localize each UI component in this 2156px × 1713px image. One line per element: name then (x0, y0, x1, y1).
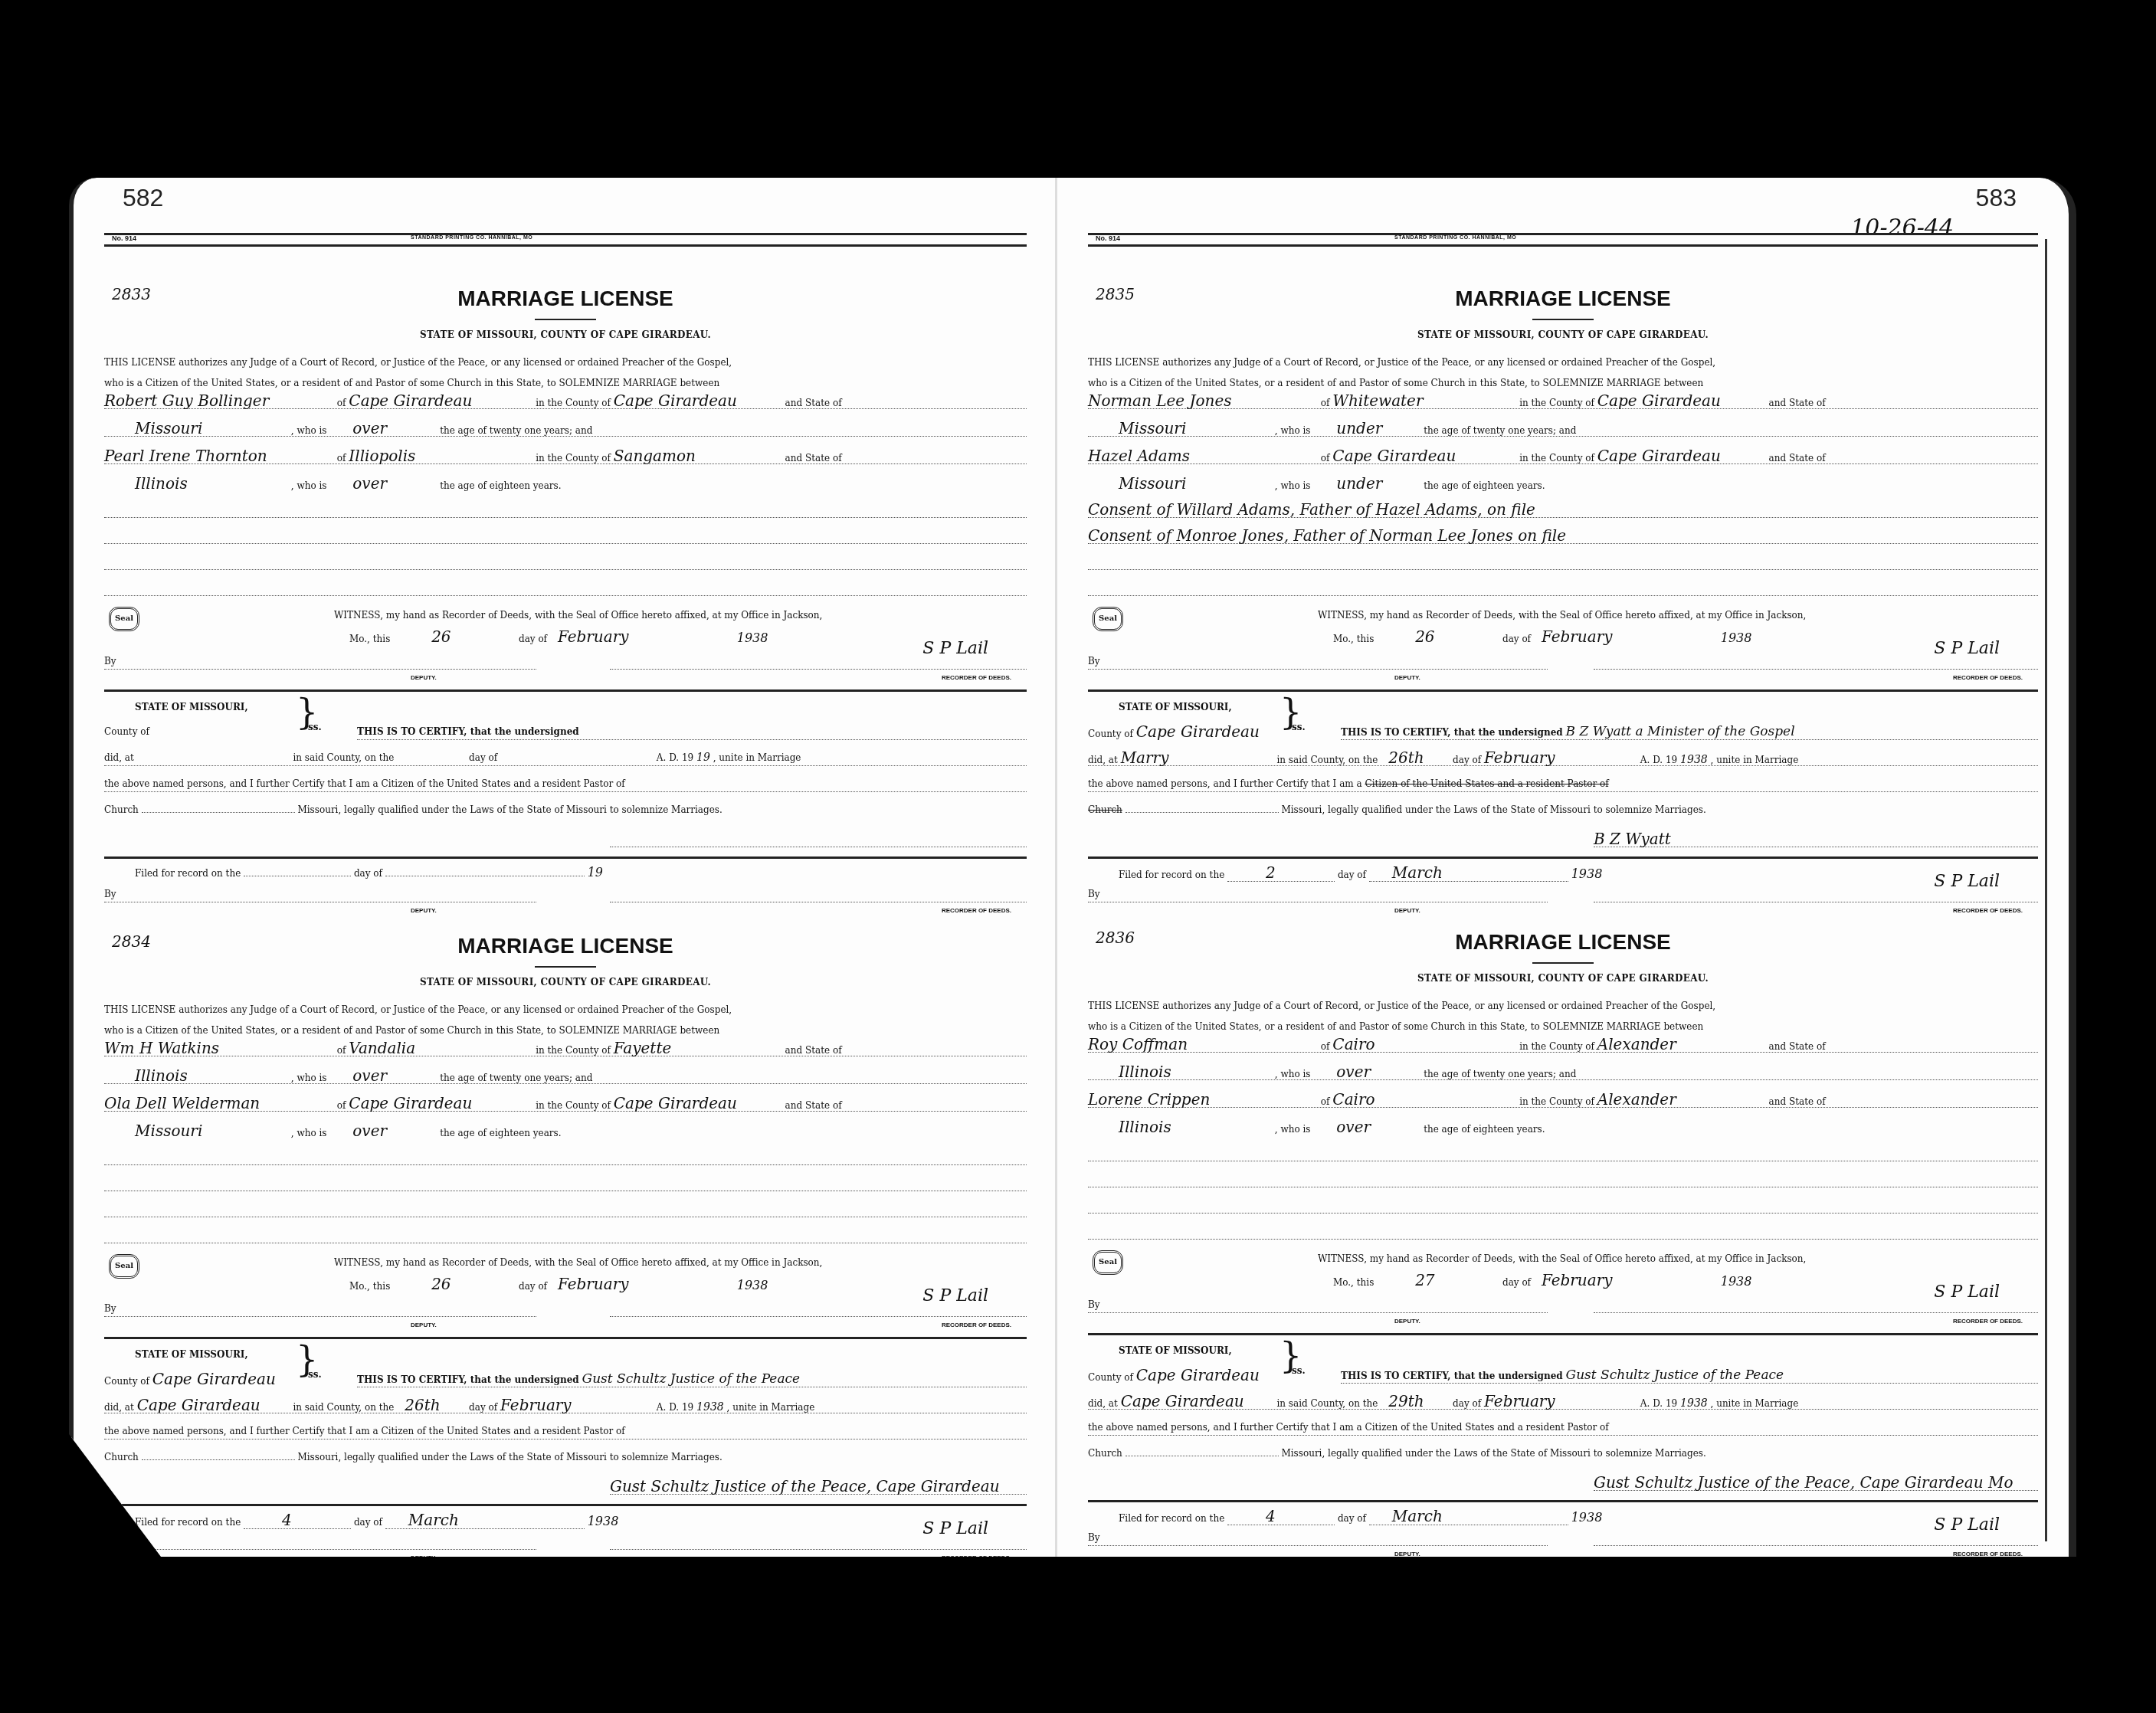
witness-line: WITNESS, my hand as Recorder of Deeds, w… (334, 607, 1027, 624)
bride-state: Missouri (1088, 475, 1272, 492)
further-certify-line: the above named persons, and I further C… (104, 775, 1027, 792)
note-line-2 (1088, 1171, 2038, 1187)
filed-year: 1938 (1571, 866, 1603, 883)
form-number: No. 914 (1096, 234, 1120, 242)
filed-signature: S P Lail (1934, 1515, 2000, 1534)
bride-line: Lorene Crippen of Cairo in the County of… (1088, 1091, 2038, 1108)
recorder-label: RECORDER OF DEEDS. (942, 1554, 1011, 1561)
witness-day: 26 (393, 1276, 516, 1292)
filed-deputy-line: By (1088, 886, 1548, 902)
groom-county: Cape Girardeau (1597, 392, 1766, 409)
section-rule (1088, 1333, 2038, 1335)
church-line: Church Missouri, legally qualified under… (1088, 801, 2038, 818)
filed-day: 4 (244, 1512, 351, 1529)
witness-year: 1938 (1721, 1273, 1752, 1290)
bride-state: Illinois (104, 475, 288, 492)
deputy-line: By (104, 1300, 536, 1317)
recorder-label: RECORDER OF DEEDS. (942, 907, 1011, 914)
recorder-label: RECORDER OF DEEDS. (1953, 1318, 2023, 1325)
groom-age: over (329, 420, 437, 437)
witness-year: 1938 (737, 1277, 768, 1294)
officiant-signature-line (610, 830, 1027, 847)
authorization-line-1: THIS LICENSE authorizes any Judge of a C… (1088, 997, 2038, 1014)
state-of-missouri-label: STATE OF MISSOURI, (135, 699, 1027, 716)
section-rule (104, 1504, 1027, 1506)
filed-month (385, 876, 585, 876)
further-certify-line: the above named persons, and I further C… (1088, 775, 2038, 792)
section-rule (104, 856, 1027, 859)
deputy-label: DEPUTY. (411, 907, 437, 914)
recorder-label: RECORDER OF DEEDS. (1953, 907, 2023, 914)
deputy-line: By (1088, 1296, 1548, 1313)
seal-icon: Seal (109, 607, 139, 631)
ornament-divider (535, 319, 596, 320)
further-certify-line: the above named persons, and I further C… (1088, 1419, 2038, 1436)
cert-county-line: County of Cape Girardeau (1088, 723, 1272, 740)
bride-residence: Cape Girardeau (349, 1095, 532, 1112)
officiant-signature: Gust Schultz Justice of the Peace, Cape … (610, 1478, 1000, 1495)
groom-state-line: Missouri , who is under the age of twent… (1088, 420, 2038, 437)
filed-deputy-line: By (104, 1533, 536, 1550)
church-label: Church (1088, 804, 1122, 815)
witness-year: 1938 (737, 630, 768, 647)
filed-day: 2 (1227, 864, 1335, 882)
groom-state: Missouri (104, 420, 288, 437)
groom-state: Missouri (1088, 420, 1272, 437)
section-rule (1088, 689, 2038, 692)
ceremony-line: did, at Cape Girardeau in said County, o… (1088, 1393, 2038, 1410)
groom-county: Fayette (614, 1040, 782, 1056)
church-label: Church (104, 804, 139, 815)
groom-line: Roy Coffman of Cairo in the County of Al… (1088, 1036, 2038, 1053)
bride-residence: Cape Girardeau (1332, 447, 1516, 464)
pastor-clause: Citizen of the United States and a resid… (381, 1426, 624, 1436)
license-2835: 2835 MARRIAGE LICENSE STATE OF MISSOURI,… (1088, 285, 2038, 898)
note-line-4 (1088, 1223, 2038, 1240)
ceremony-month: February (500, 1397, 654, 1413)
authorization-line-2: who is a Citizen of the United States, o… (104, 1022, 1027, 1039)
ceremony-year: 1938 (696, 1399, 724, 1416)
deputy-line: By (1088, 653, 1548, 670)
witness-day: 27 (1377, 1272, 1499, 1289)
filed-line: Filed for record on the 4 day of March 1… (135, 1512, 1027, 1528)
ceremony-line: did, at in said County, on the day of A.… (104, 749, 1027, 766)
cert-county-line: County of Cape Girardeau (1088, 1367, 1272, 1384)
witness-line: WITNESS, my hand as Recorder of Deeds, w… (334, 1254, 1027, 1271)
groom-name: Norman Lee Jones (1088, 392, 1318, 409)
ornament-divider (1532, 319, 1594, 320)
witness-date-line: Mo., this 27 day of February 1938 (1333, 1272, 2038, 1289)
bride-residence: Illiopolis (349, 447, 532, 464)
ceremony-line: did, at Cape Girardeau in said County, o… (104, 1397, 1027, 1413)
officiant-signature-line: Gust Schultz Justice of the Peace, Cape … (610, 1478, 1027, 1495)
seal-icon: Seal (109, 1254, 139, 1279)
groom-name: Roy Coffman (1088, 1036, 1318, 1053)
filed-signature: S P Lail (1934, 872, 2000, 891)
church-line: Church Missouri, legally qualified under… (104, 801, 1027, 818)
note-line-4 (1088, 579, 2038, 596)
bride-state-line: Illinois , who is over the age of eighte… (104, 475, 1027, 492)
filed-year: 1938 (588, 1513, 619, 1530)
note-line-4 (104, 1227, 1027, 1243)
witness-day: 26 (393, 628, 516, 645)
section-rule (104, 689, 1027, 692)
license-title: MARRIAGE LICENSE (1088, 287, 2038, 311)
license-2833: 2833 MARRIAGE LICENSE STATE OF MISSOURI,… (104, 285, 1027, 898)
authorization-line-1: THIS LICENSE authorizes any Judge of a C… (104, 1001, 1027, 1018)
certify-line: THIS IS TO CERTIFY, that the undersigned… (357, 1371, 1027, 1387)
state-of-missouri-label: STATE OF MISSOURI, (135, 1346, 1027, 1363)
groom-state: Illinois (104, 1067, 288, 1084)
authorization-line-2: who is a Citizen of the United States, o… (104, 375, 1027, 391)
officiant: Gust Schultz Justice of the Peace (1566, 1367, 1784, 1384)
filed-year: 1938 (1571, 1509, 1603, 1526)
filed-month: March (1369, 1508, 1568, 1525)
witness-date-line: Mo., this 26 day of February 1938 (1333, 628, 2038, 645)
deputy-label: DEPUTY. (1394, 1318, 1420, 1325)
bride-state-line: Illinois , who is over the age of eighte… (1088, 1119, 2038, 1135)
church-label: Church (1088, 1448, 1122, 1459)
authorization-line-1: THIS LICENSE authorizes any Judge of a C… (104, 354, 1027, 371)
license-2836: 2836 MARRIAGE LICENSE STATE OF MISSOURI,… (1088, 929, 2038, 1541)
note-line-1: Consent of Willard Adams, Father of Haze… (1088, 501, 2038, 518)
bride-county: Alexander (1597, 1091, 1766, 1108)
filed-day (244, 876, 351, 876)
note-line-3 (104, 553, 1027, 570)
bride-age: over (329, 1122, 437, 1139)
ceremony-day: 26th (397, 1397, 466, 1413)
filed-year: 19 (588, 864, 603, 881)
groom-line: Wm H Watkins of Vandalia in the County o… (104, 1040, 1027, 1056)
filed-month: March (1369, 864, 1568, 882)
printer-imprint: STANDARD PRINTING CO. HANNIBAL, MO (411, 235, 532, 241)
page-right: 583 10-26-44 No. 914 STANDARD PRINTING C… (1057, 178, 2076, 1557)
bride-age: over (329, 475, 437, 492)
header-band (1088, 233, 2038, 247)
witness-year: 1938 (1721, 630, 1752, 647)
authorization-line-1: THIS LICENSE authorizes any Judge of a C… (1088, 354, 2038, 371)
seal-icon: Seal (1093, 1250, 1123, 1275)
deputy-label: DEPUTY. (1394, 674, 1420, 681)
certify-line: THIS IS TO CERTIFY, that the undersigned… (1341, 1367, 2038, 1384)
license-subtitle: STATE OF MISSOURI, COUNTY OF CAPE GIRARD… (104, 977, 1027, 988)
filed-line: Filed for record on the day of 19 (135, 864, 1027, 881)
filed-recorder-line (610, 886, 1027, 902)
groom-age: under (1313, 420, 1420, 437)
pastor-clause: Citizen of the United States and a resid… (381, 778, 624, 789)
ceremony-year: 1938 (1680, 1395, 1708, 1412)
bride-state-line: Missouri , who is under the age of eight… (1088, 475, 2038, 492)
bride-name: Pearl Irene Thornton (104, 447, 334, 464)
note-line-3 (104, 1200, 1027, 1217)
section-rule (1088, 1500, 2038, 1502)
groom-line: Robert Guy Bollinger of Cape Girardeau i… (104, 392, 1027, 409)
bride-county: Sangamon (614, 447, 782, 464)
cert-county-line: County of (104, 723, 288, 740)
certify-line: THIS IS TO CERTIFY, that the undersigned… (1341, 723, 2038, 740)
officiant-signature-line: Gust Schultz Justice of the Peace, Cape … (1594, 1474, 2038, 1491)
cert-county: Cape Girardeau (1136, 723, 1260, 740)
header-band (104, 233, 1027, 247)
recorder-signature: S P Lail (1934, 639, 2000, 658)
officiant-signature: Gust Schultz Justice of the Peace, Cape … (1594, 1474, 2013, 1491)
groom-residence: Whitewater (1332, 392, 1516, 409)
bride-county: Cape Girardeau (614, 1095, 782, 1112)
witness-month: February (1534, 628, 1718, 645)
church-line: Church Missouri, legally qualified under… (1088, 1445, 2038, 1462)
officiant: B Z Wyatt a Minister of the Gospel (1566, 723, 1795, 740)
ceremony-month: February (1484, 1393, 1637, 1410)
certify-line: THIS IS TO CERTIFY, that the undersigned (357, 723, 1027, 740)
deputy-label: DEPUTY. (411, 1554, 437, 1561)
witness-day: 26 (1377, 628, 1499, 645)
bride-state: Missouri (104, 1122, 288, 1139)
seal-icon: Seal (1093, 607, 1123, 631)
section-rule (104, 1337, 1027, 1339)
groom-residence: Cape Girardeau (349, 392, 532, 409)
witness-month: February (1534, 1272, 1718, 1289)
bride-line: Ola Dell Welderman of Cape Girardeau in … (104, 1095, 1027, 1112)
bride-county: Cape Girardeau (1597, 447, 1766, 464)
ceremony-place: Cape Girardeau (137, 1397, 290, 1413)
bride-line: Hazel Adams of Cape Girardeau in the Cou… (1088, 447, 2038, 464)
authorization-line-2: who is a Citizen of the United States, o… (1088, 375, 2038, 391)
recorder-signature: S P Lail (922, 639, 988, 658)
bride-state-line: Missouri , who is over the age of eighte… (104, 1122, 1027, 1139)
deputy-label: DEPUTY. (1394, 907, 1420, 914)
bride-age: under (1313, 475, 1420, 492)
filed-day: 4 (1227, 1508, 1335, 1525)
ceremony-line: did, at Marry in said County, on the 26t… (1088, 749, 2038, 766)
filed-deputy-line: By (104, 886, 536, 902)
page-number-left: 582 (123, 184, 163, 212)
ceremony-day: 26th (1381, 749, 1450, 766)
license-2834: 2834 MARRIAGE LICENSE STATE OF MISSOURI,… (104, 932, 1027, 1545)
ceremony-place: Cape Girardeau (1121, 1393, 1274, 1410)
bride-name: Ola Dell Welderman (104, 1095, 334, 1112)
witness-month: February (550, 628, 734, 645)
groom-residence: Vandalia (349, 1040, 532, 1056)
groom-age: over (329, 1067, 437, 1084)
bride-age: over (1313, 1119, 1420, 1135)
license-title: MARRIAGE LICENSE (1088, 930, 2038, 955)
cert-county: Cape Girardeau (1136, 1367, 1260, 1384)
officiant-signature-line: B Z Wyatt (1594, 830, 2038, 847)
filed-deputy-line: By (1088, 1529, 1548, 1546)
license-subtitle: STATE OF MISSOURI, COUNTY OF CAPE GIRARD… (104, 329, 1027, 340)
printer-imprint: STANDARD PRINTING CO. HANNIBAL, MO (1394, 235, 1516, 241)
ceremony-month: February (1484, 749, 1637, 766)
groom-residence: Cairo (1332, 1036, 1516, 1053)
note-line-1 (104, 501, 1027, 518)
ornament-divider (535, 966, 596, 968)
ceremony-place: Marry (1121, 749, 1274, 766)
officiant-signature: B Z Wyatt (1594, 830, 1671, 847)
state-of-missouri-label: STATE OF MISSOURI, (1119, 1342, 2038, 1359)
note-line-4 (104, 579, 1027, 596)
note-line-2: Consent of Monroe Jones, Father of Norma… (1088, 527, 2038, 544)
deputy-label: DEPUTY. (411, 1322, 437, 1328)
section-rule (1088, 856, 2038, 859)
church-line: Church Missouri, legally qualified under… (104, 1449, 1027, 1466)
officiant: Gust Schultz Justice of the Peace (582, 1371, 801, 1387)
bride-residence: Cairo (1332, 1091, 1516, 1108)
ornament-divider (1532, 962, 1594, 964)
further-certify-line: the above named persons, and I further C… (104, 1423, 1027, 1440)
page-number-right: 583 (1976, 184, 2017, 212)
form-number: No. 914 (112, 234, 136, 242)
deputy-label: DEPUTY. (411, 674, 437, 681)
note-line-3 (1088, 1197, 2038, 1214)
church-label: Church (104, 1452, 139, 1462)
note-line-3 (1088, 553, 2038, 570)
pastor-clause: Citizen of the United States and a resid… (1365, 1422, 1608, 1433)
recorder-label: RECORDER OF DEEDS. (942, 674, 1011, 681)
cert-county-line: County of Cape Girardeau (104, 1371, 288, 1387)
groom-line: Norman Lee Jones of Whitewater in the Co… (1088, 392, 2038, 409)
cert-county: Cape Girardeau (152, 1371, 276, 1387)
ceremony-year: 19 (696, 749, 710, 766)
state-of-missouri-label: STATE OF MISSOURI, (1119, 699, 2038, 716)
note-line-2 (104, 1174, 1027, 1191)
witness-month: February (550, 1276, 734, 1292)
recorder-signature: S P Lail (1934, 1282, 2000, 1302)
ledger-book: 582 No. 914 STANDARD PRINTING CO. HANNIB… (69, 178, 2076, 1557)
filed-month: March (385, 1512, 585, 1529)
filed-line: Filed for record on the 2 day of March 1… (1119, 864, 2038, 881)
ceremony-day: 29th (1381, 1393, 1450, 1410)
bride-state: Illinois (1088, 1119, 1272, 1135)
groom-state-line: Illinois , who is over the age of twenty… (1088, 1063, 2038, 1080)
groom-county: Cape Girardeau (614, 392, 782, 409)
witness-line: WITNESS, my hand as Recorder of Deeds, w… (1318, 607, 2038, 624)
groom-name: Robert Guy Bollinger (104, 392, 334, 409)
authorization-line-2: who is a Citizen of the United States, o… (1088, 1018, 2038, 1035)
deputy-line: By (104, 653, 536, 670)
deputy-label: DEPUTY. (1394, 1551, 1420, 1557)
note-line-1 (104, 1148, 1027, 1165)
page-left: 582 No. 914 STANDARD PRINTING CO. HANNIB… (69, 178, 1057, 1557)
groom-state-line: Missouri , who is over the age of twenty… (104, 420, 1027, 437)
license-subtitle: STATE OF MISSOURI, COUNTY OF CAPE GIRARD… (1088, 973, 2038, 984)
filed-line: Filed for record on the 4 day of March 1… (1119, 1508, 2038, 1525)
license-subtitle: STATE OF MISSOURI, COUNTY OF CAPE GIRARD… (1088, 329, 2038, 340)
license-title: MARRIAGE LICENSE (104, 287, 1027, 311)
bride-name: Hazel Adams (1088, 447, 1318, 464)
witness-line: WITNESS, my hand as Recorder of Deeds, w… (1318, 1250, 2038, 1267)
bride-name: Lorene Crippen (1088, 1091, 1318, 1108)
note-line-1 (1088, 1145, 2038, 1161)
recorder-label: RECORDER OF DEEDS. (1953, 674, 2023, 681)
ceremony-year: 1938 (1680, 752, 1708, 768)
groom-state-line: Illinois , who is over the age of twenty… (104, 1067, 1027, 1084)
pastor-clause: Citizen of the United States and a resid… (1365, 778, 1608, 789)
groom-state: Illinois (1088, 1063, 1272, 1080)
bride-line: Pearl Irene Thornton of Illiopolis in th… (104, 447, 1027, 464)
groom-name: Wm H Watkins (104, 1040, 334, 1056)
recorder-label: RECORDER OF DEEDS. (942, 1322, 1011, 1328)
note-line-2 (104, 527, 1027, 544)
recorder-signature: S P Lail (922, 1286, 988, 1305)
filed-signature: S P Lail (922, 1519, 988, 1538)
groom-county: Alexander (1597, 1036, 1766, 1053)
recorder-label: RECORDER OF DEEDS. (1953, 1551, 2023, 1557)
groom-age: over (1313, 1063, 1420, 1080)
license-title: MARRIAGE LICENSE (104, 934, 1027, 958)
